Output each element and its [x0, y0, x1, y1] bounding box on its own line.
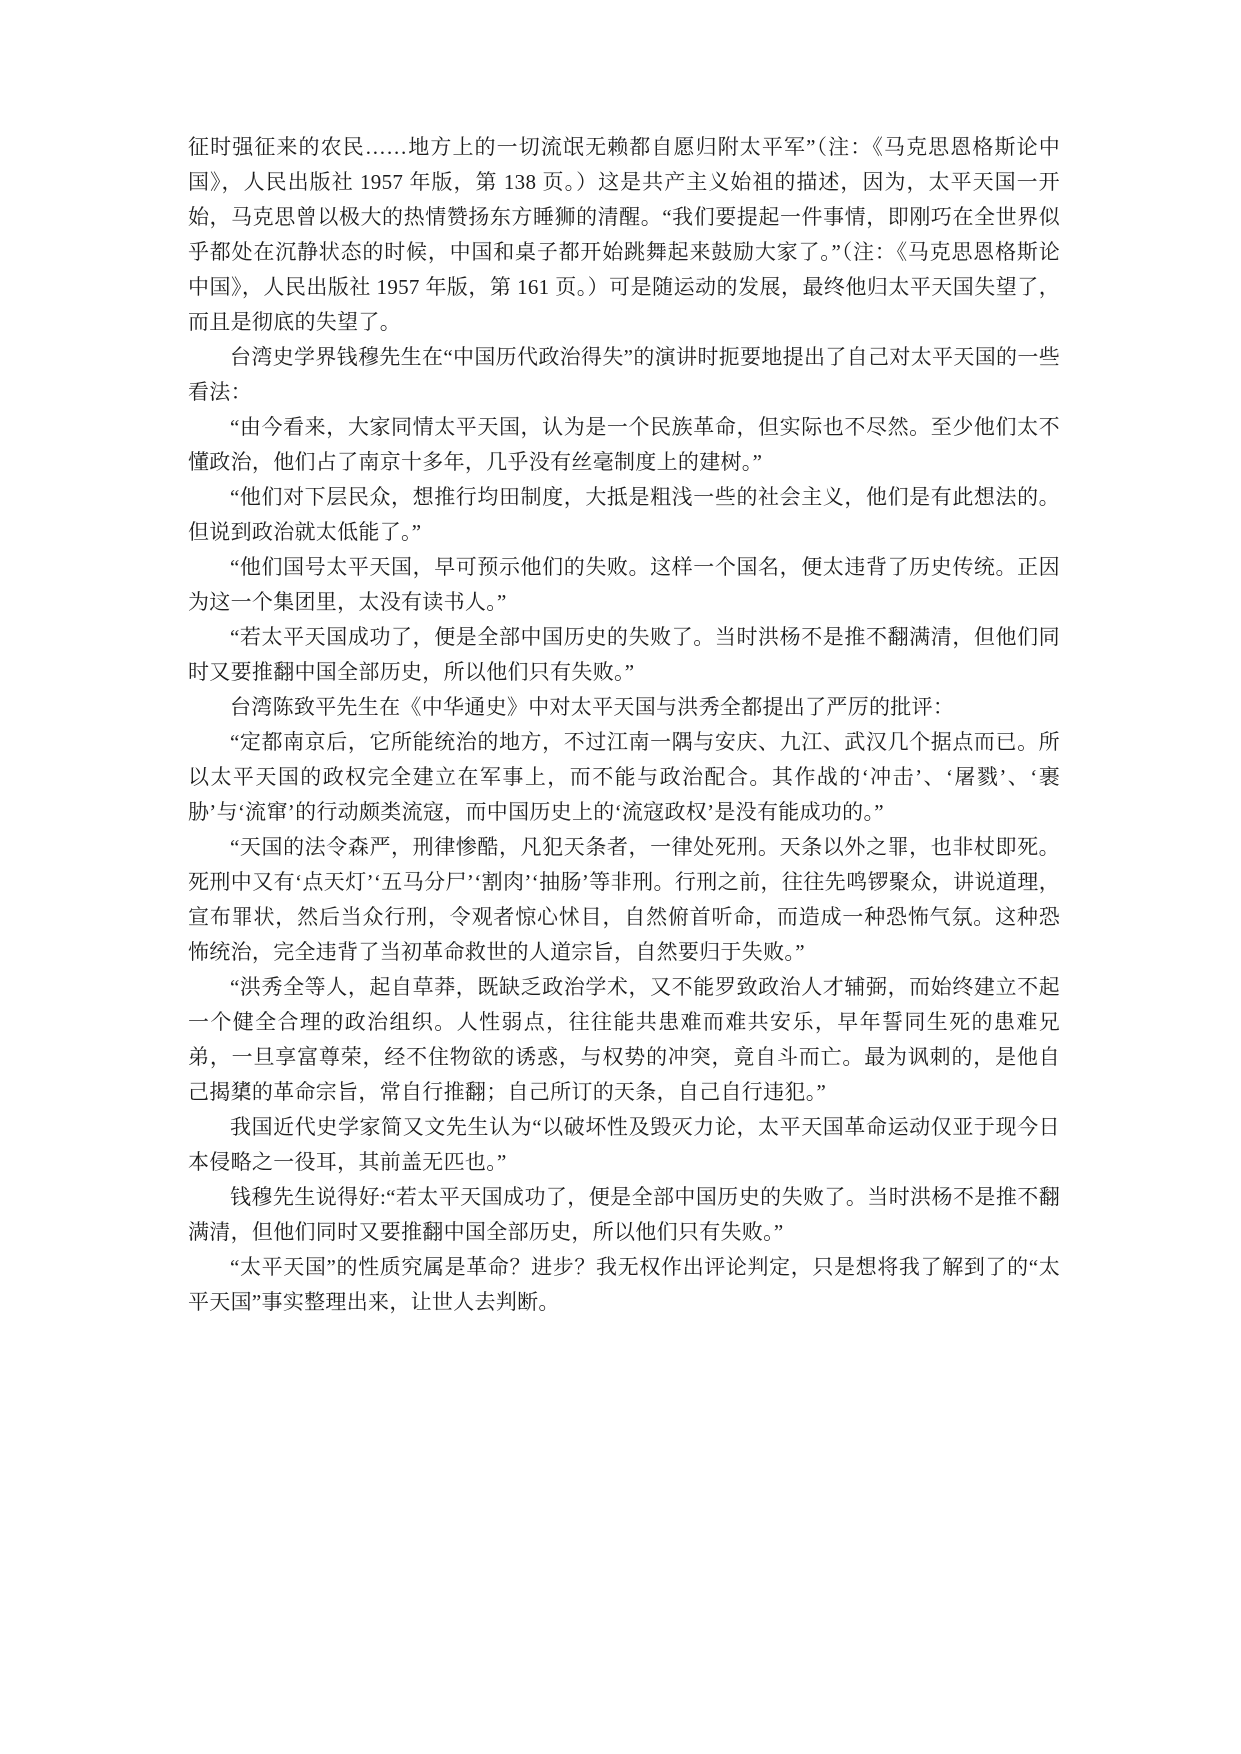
paragraph: “他们国号太平天国，早可预示他们的失败。这样一个国名，便太违背了历史传统。正因为… [188, 550, 1060, 620]
paragraph: “天国的法令森严，刑律惨酷，凡犯天条者，一律处死刑。天条以外之罪，也非杖即死。死… [188, 830, 1060, 970]
text-block: 征时强征来的农民……地方上的一切流氓无赖都自愿归附太平军”（注：《马克思恩格斯论… [188, 130, 1060, 1320]
paragraph: “若太平天国成功了，便是全部中国历史的失败了。当时洪杨不是推不翻满清，但他们同时… [188, 620, 1060, 690]
paragraph: “他们对下层民众，想推行均田制度，大抵是粗浅一些的社会主义，他们是有此想法的。但… [188, 480, 1060, 550]
document-page: 征时强征来的农民……地方上的一切流氓无赖都自愿归附太平军”（注：《马克思恩格斯论… [0, 0, 1241, 1754]
paragraph: “定都南京后，它所能统治的地方，不过江南一隅与安庆、九江、武汉几个据点而已。所以… [188, 725, 1060, 830]
paragraph: 台湾陈致平先生在《中华通史》中对太平天国与洪秀全都提出了严厉的批评： [188, 690, 1060, 725]
paragraph: “洪秀全等人，起自草莽，既缺乏政治学术，又不能罗致政治人才辅弼，而始终建立不起一… [188, 970, 1060, 1110]
paragraph: 台湾史学界钱穆先生在“中国历代政治得失”的演讲时扼要地提出了自己对太平天国的一些… [188, 340, 1060, 410]
paragraph: 我国近代史学家简又文先生认为“以破坏性及毁灭力论，太平天国革命运动仅亚于现今日本… [188, 1110, 1060, 1180]
paragraph: “太平天国”的性质究属是革命？进步？我无权作出评论判定，只是想将我了解到了的“太… [188, 1250, 1060, 1320]
paragraph: 钱穆先生说得好:“若太平天国成功了，便是全部中国历史的失败了。当时洪杨不是推不翻… [188, 1180, 1060, 1250]
paragraph: “由今看来，大家同情太平天国，认为是一个民族革命，但实际也不尽然。至少他们太不懂… [188, 410, 1060, 480]
paragraph: 征时强征来的农民……地方上的一切流氓无赖都自愿归附太平军”（注：《马克思恩格斯论… [188, 130, 1060, 340]
